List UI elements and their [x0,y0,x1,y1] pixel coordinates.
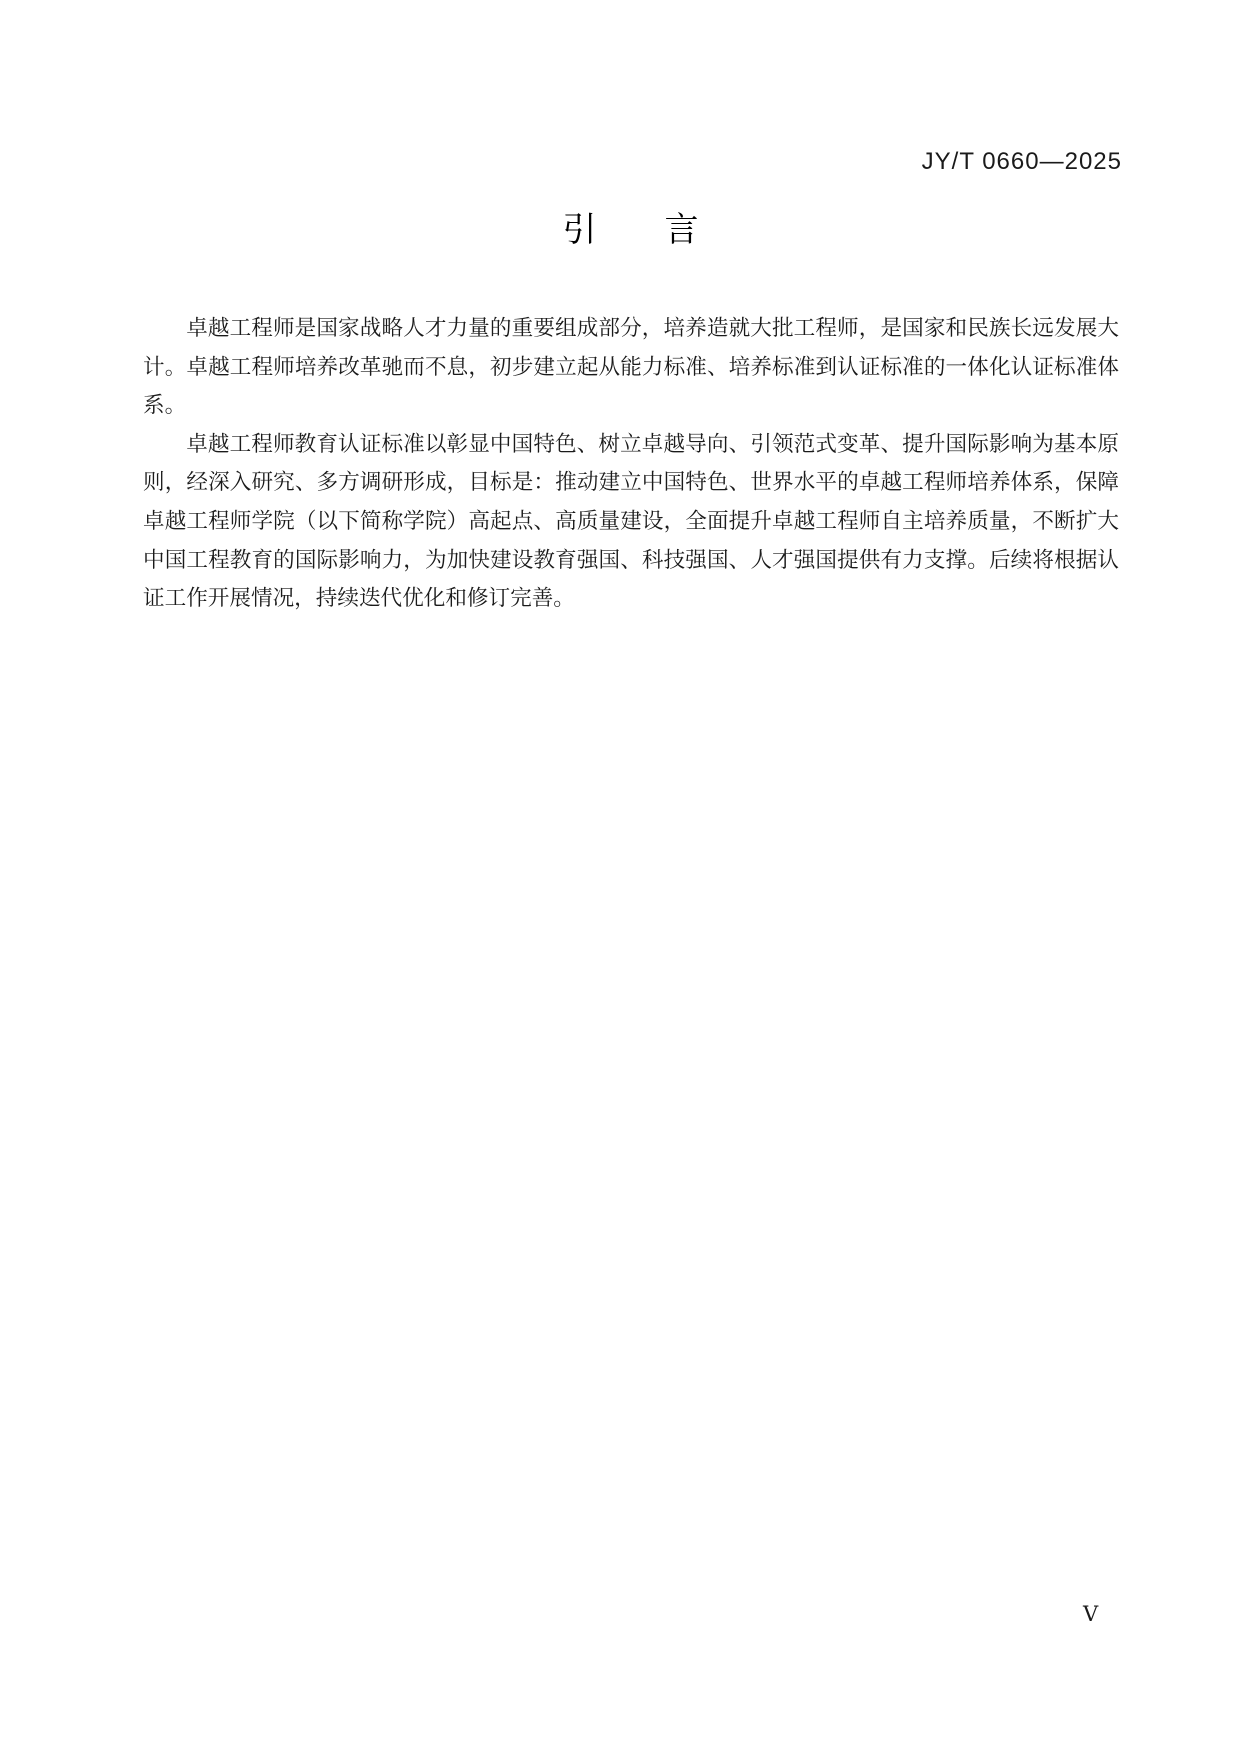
page-title: 引 言 [143,202,1118,251]
page-number: V [1083,1602,1098,1626]
paragraph: 卓越工程师是国家战略人才力量的重要组成部分，培养造就大批工程师，是国家和民族长远… [143,310,1119,426]
body-text: 卓越工程师是国家战略人才力量的重要组成部分，培养造就大批工程师，是国家和民族长远… [143,310,1119,619]
document-page: JY/T 0660—2025 引 言 卓越工程师是国家战略人才力量的重要组成部分… [0,0,1241,1755]
standard-number: JY/T 0660—2025 [922,148,1122,176]
paragraph: 卓越工程师教育认证标准以彰显中国特色、树立卓越导向、引领范式变革、提升国际影响为… [143,426,1119,619]
